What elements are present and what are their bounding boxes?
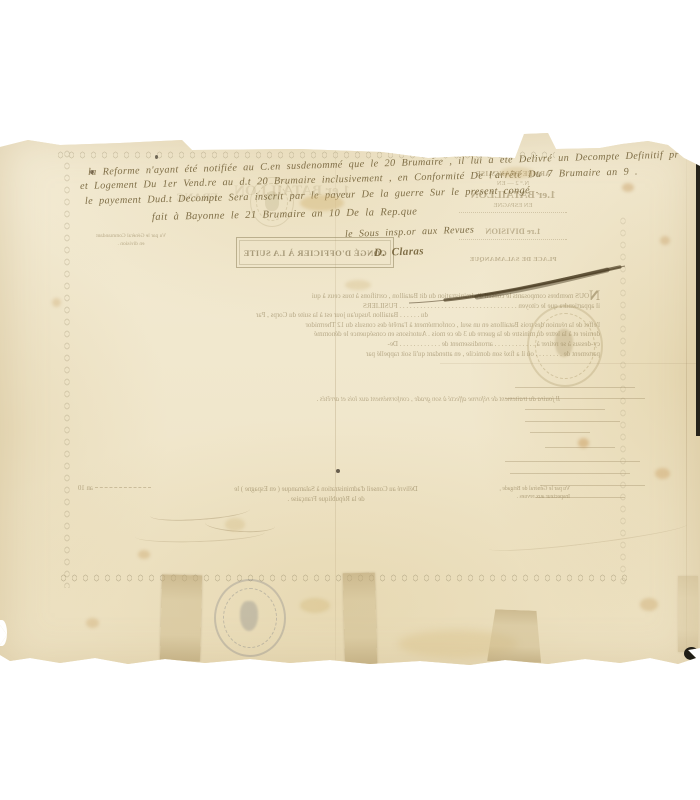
footer-an-label: an 10 — [78, 485, 93, 492]
document-paper-sheet: ARMÉE FRANÇAISE N.° 2 — EN 1.er BATAILLO… — [0, 133, 700, 668]
oval-wax-seal-ghost — [527, 305, 603, 387]
footer-vu-line: Inspecteur aux revues . — [482, 493, 570, 501]
vu-general-block: Vu par le Général Commandant en division… — [80, 232, 182, 248]
scan-background: ARMÉE FRANÇAISE N.° 2 — EN 1.er BATAILLO… — [0, 0, 700, 800]
stain — [655, 468, 670, 479]
eagle-ink-stamp — [214, 579, 286, 657]
footer-an-block: an 10 — [78, 485, 170, 505]
tape-mark — [678, 576, 698, 652]
stain — [622, 183, 634, 192]
corps-header-block: ARMÉE FRANÇAISE N.° 2 — EN 1.er BATAILLO… — [451, 170, 575, 263]
stain — [300, 195, 344, 211]
vu-general-line: en division . — [80, 240, 182, 248]
paragraph-line: l'effet de la réunion des trois Bataillo… — [84, 321, 600, 331]
printed-footer: Vu par le Général de Brigade , Inspecteu… — [78, 485, 570, 505]
footer-vu-line: Vu par le Général de Brigade , — [482, 485, 570, 493]
stain — [225, 518, 245, 531]
conge-officier-label: CONGÉ D'OFFICIER À LA SUITE — [243, 248, 387, 258]
ledger-line — [505, 398, 645, 399]
stain — [86, 618, 99, 628]
ledger-line — [525, 421, 620, 422]
conge-officier-box: CONGÉ D'OFFICIER À LA SUITE — [236, 237, 394, 268]
scan-edge-shadow — [696, 140, 700, 436]
ink-speck — [336, 469, 340, 473]
footer-delivre-line: Délivré au Conseil d'administration à Sa… — [170, 485, 482, 495]
signature-flourish-stroke — [405, 261, 630, 307]
tape-mark — [487, 609, 543, 663]
stain — [345, 280, 371, 290]
stain — [52, 298, 61, 307]
handwriting-signature: D. Claras — [374, 245, 424, 259]
stain — [640, 598, 658, 611]
paragraph-line: du . . . . . . Bataillon Jusqu'au jour e… — [84, 311, 600, 321]
tape-mark — [343, 573, 377, 666]
tape-mark — [160, 574, 202, 661]
ink-speck — [90, 170, 94, 174]
scan-corner-shadow — [684, 647, 699, 660]
ledger-line — [505, 461, 640, 462]
stain — [500, 167, 534, 179]
ledger-line — [530, 432, 590, 433]
footer-dash-rule — [95, 487, 151, 488]
stain — [660, 236, 670, 245]
footer-delivre-block: Délivré au Conseil d'administration à Sa… — [170, 485, 482, 505]
fold-crease-vertical — [335, 139, 336, 663]
footer-vu-block: Vu par le Général de Brigade , Inspecteu… — [482, 485, 570, 505]
paragraph-line: partement de . . . . . . . . où il a fix… — [84, 350, 600, 360]
paragraph-line: dernier et à la lettre du ministre de la… — [84, 330, 600, 340]
fold-crease-horizontal — [440, 363, 698, 364]
ledger-line — [515, 387, 635, 388]
printed-rule — [459, 212, 567, 213]
stain — [578, 438, 589, 448]
stain — [138, 550, 150, 559]
printed-rule — [459, 239, 567, 240]
ink-speck — [155, 155, 158, 159]
vu-general-line: Vu par le Général Commandant — [80, 232, 182, 240]
espagne-label: EN ESPAGNE — [451, 202, 575, 209]
paragraph-line: cy-dessus à se retirer à . . . . . . . .… — [84, 340, 600, 350]
ledger-line — [510, 473, 630, 474]
ledger-line — [525, 409, 605, 410]
scan-edge-shadow — [692, 140, 700, 152]
stain — [300, 598, 330, 613]
